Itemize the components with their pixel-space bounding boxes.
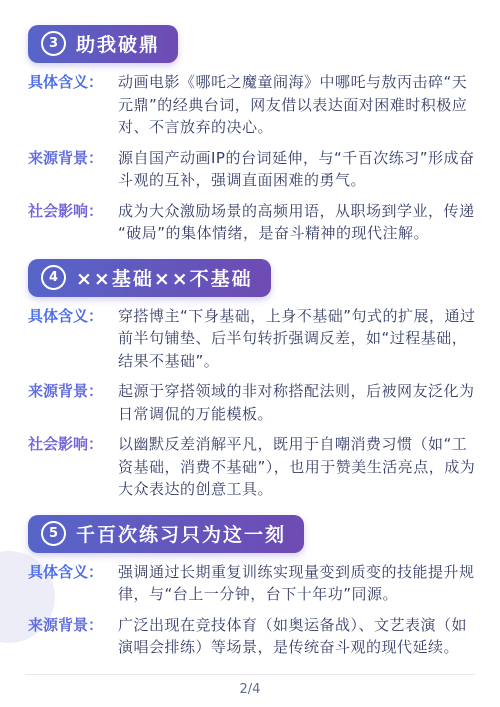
row-text: 源自国产动画IP的台词延伸，与“千百次练习”形成奋斗观的互补，强调直面困难的勇气…: [118, 147, 476, 192]
row-label-impact: 社会影响：: [28, 200, 118, 245]
definition-row: 具体含义： 强调通过长期重复训练实现量变到质变的技能提升规律，与“台上一分钟，台…: [28, 561, 476, 606]
definition-row: 社会影响： 成为大众激励场景的高频用语，从职场到学业，传递“破局”的集体情绪，是…: [28, 200, 476, 245]
row-label-meaning: 具体含义：: [28, 561, 118, 606]
row-label-origin: 来源背景：: [28, 380, 118, 425]
section-title: ××基础××不基础: [76, 264, 253, 291]
section-rows: 具体含义： 穿搭博主“下身基础，上身不基础”句式的扩展，通过前半句铺垫、后半句转…: [28, 305, 476, 501]
row-text: 成为大众激励场景的高频用语，从职场到学业，传递“破局”的集体情绪，是奋斗精神的现…: [118, 200, 476, 245]
document-page: 3 助我破鼎 具体含义： 动画电影《哪吒之魔童闹海》中哪吒与敖丙击碎“天元鼎”的…: [0, 0, 500, 659]
row-text: 广泛出现在竞技体育（如奥运备战）、文艺表演（如演唱会排练）等场景，是传统奋斗观的…: [118, 614, 476, 659]
row-label-origin: 来源背景：: [28, 614, 118, 659]
definition-row: 社会影响： 以幽默反差消解平凡，既用于自嘲消费习惯（如“工资基础，消费不基础”）…: [28, 433, 476, 501]
definition-row: 来源背景： 广泛出现在竞技体育（如奥运备战）、文艺表演（如演唱会排练）等场景，是…: [28, 614, 476, 659]
section-header-pill: 5 千百次练习只为这一刻: [28, 515, 304, 553]
row-text: 强调通过长期重复训练实现量变到质变的技能提升规律，与“台上一分钟，台下十年功”同…: [118, 561, 476, 606]
row-label-meaning: 具体含义：: [28, 305, 118, 373]
footer-divider: [25, 674, 475, 675]
row-text: 以幽默反差消解平凡，既用于自嘲消费习惯（如“工资基础，消费不基础”），也用于赞美…: [118, 433, 476, 501]
page-footer: 2/4: [25, 674, 475, 697]
section-jichu: 4 ××基础××不基础 具体含义： 穿搭博主“下身基础，上身不基础”句式的扩展，…: [28, 259, 476, 501]
row-label-impact: 社会影响：: [28, 433, 118, 501]
row-label-origin: 来源背景：: [28, 147, 118, 192]
section-header-pill: 4 ××基础××不基础: [28, 259, 271, 297]
row-text: 穿搭博主“下身基础，上身不基础”句式的扩展，通过前半句铺垫、后半句转折强调反差，…: [118, 305, 476, 373]
section-header-pill: 3 助我破鼎: [28, 25, 178, 63]
row-text: 起源于穿搭领域的非对称搭配法则，后被网友泛化为日常调侃的万能模板。: [118, 380, 476, 425]
page-number: 2/4: [25, 682, 475, 697]
section-zhuwopoding: 3 助我破鼎 具体含义： 动画电影《哪吒之魔童闹海》中哪吒与敖丙击碎“天元鼎”的…: [28, 25, 476, 245]
section-rows: 具体含义： 强调通过长期重复训练实现量变到质变的技能提升规律，与“台上一分钟，台…: [28, 561, 476, 659]
section-qianbaici: 5 千百次练习只为这一刻 具体含义： 强调通过长期重复训练实现量变到质变的技能提…: [28, 515, 476, 659]
definition-row: 具体含义： 动画电影《哪吒之魔童闹海》中哪吒与敖丙击碎“天元鼎”的经典台词，网友…: [28, 71, 476, 139]
definition-row: 具体含义： 穿搭博主“下身基础，上身不基础”句式的扩展，通过前半句铺垫、后半句转…: [28, 305, 476, 373]
row-label-meaning: 具体含义：: [28, 71, 118, 139]
section-rows: 具体含义： 动画电影《哪吒之魔童闹海》中哪吒与敖丙击碎“天元鼎”的经典台词，网友…: [28, 71, 476, 245]
circled-number-icon: 5: [41, 521, 66, 546]
definition-row: 来源背景： 源自国产动画IP的台词延伸，与“千百次练习”形成奋斗观的互补，强调直…: [28, 147, 476, 192]
circled-number-icon: 3: [41, 31, 66, 56]
definition-row: 来源背景： 起源于穿搭领域的非对称搭配法则，后被网友泛化为日常调侃的万能模板。: [28, 380, 476, 425]
section-title: 千百次练习只为这一刻: [76, 520, 286, 547]
circled-number-icon: 4: [41, 265, 66, 290]
section-title: 助我破鼎: [76, 30, 160, 57]
row-text: 动画电影《哪吒之魔童闹海》中哪吒与敖丙击碎“天元鼎”的经典台词，网友借以表达面对…: [118, 71, 476, 139]
